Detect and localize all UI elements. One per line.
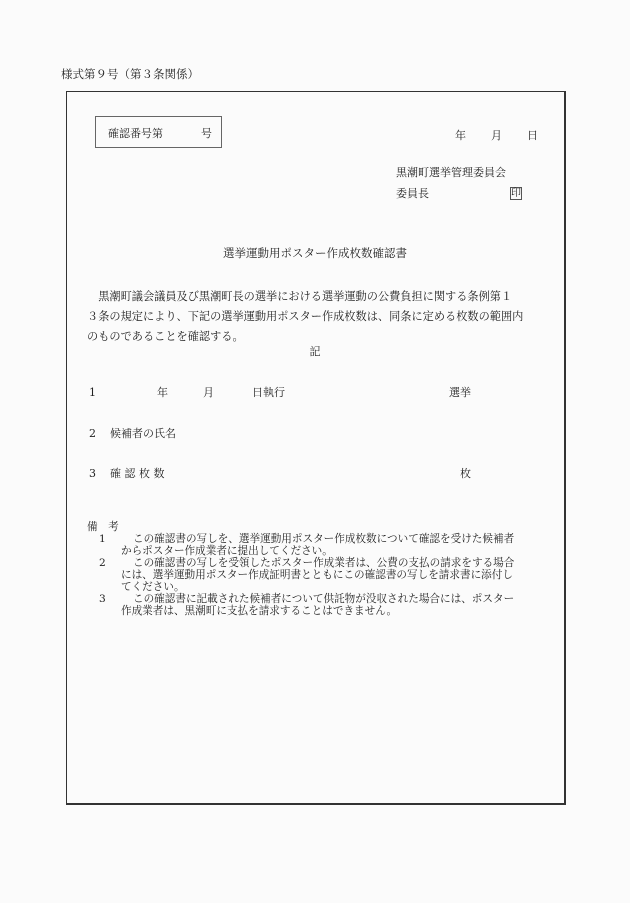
note-line: には、選挙運動用ポスター作成証明書とともにこの確認書の写しを請求書に添付し: [121, 569, 547, 581]
body-line: ３条の規定により、下記の選挙運動用ポスター作成枚数は、同条に定める枚数の範囲内: [87, 307, 547, 327]
issuer-organization: 黒潮町選挙管理委員会: [396, 167, 506, 178]
note-line: からポスター作成業者に提出してください。: [121, 545, 547, 557]
note-line: てください。: [121, 581, 547, 593]
note-number: 1: [87, 533, 121, 557]
ki-heading: 記: [0, 346, 630, 357]
note-line: この確認書に記載された候補者について供託物が没収された場合には、ポスター: [121, 593, 547, 605]
form-label: 様式第９号（第３条関係）: [61, 69, 199, 81]
item-day-exec: 日執行: [252, 387, 285, 398]
item-unit: 枚: [460, 468, 471, 479]
note-line: この確認書の写しを受領したポスター作成業者は、公費の支払の請求をする場合: [121, 557, 547, 569]
note-number: 3: [87, 593, 121, 617]
confirmation-number-box: 確認番号第 号: [95, 116, 222, 148]
item-number: 2: [89, 428, 96, 439]
seal-mark: 印: [510, 187, 522, 200]
body-line: のものであることを確認する。: [87, 327, 547, 347]
note-line: 作成業者は、黒潮町に支払を請求することはできません。: [121, 605, 547, 617]
date-year: 年: [455, 127, 466, 143]
body-paragraph: 黒潮町議会議員及び黒潮町長の選挙における選挙運動の公費負担に関する条例第１ ３条…: [87, 287, 547, 347]
note-item: 1 この確認書の写しを、選挙運動用ポスター作成枚数について確認を受けた候補者 か…: [87, 533, 547, 557]
item-number: 1: [89, 387, 96, 398]
confirmation-number-label: 確認番号第: [108, 128, 163, 139]
confirmation-number-suffix: 号: [201, 128, 212, 139]
item-election: 選挙: [449, 387, 471, 398]
notes-heading: 備 考: [87, 521, 547, 533]
note-item: 3 この確認書に記載された候補者について供託物が没収された場合には、ポスター 作…: [87, 593, 547, 617]
item-year: 年: [157, 387, 168, 398]
body-line: 黒潮町議会議員及び黒潮町長の選挙における選挙運動の公費負担に関する条例第１: [87, 287, 547, 307]
document-frame: [66, 91, 566, 805]
note-number: 2: [87, 557, 121, 593]
date-month: 月: [491, 127, 502, 143]
item-number: 3: [89, 468, 96, 479]
item-label: 確 認 枚 数: [110, 468, 165, 479]
item-month: 月: [203, 387, 214, 398]
item-label: 候補者の氏名: [110, 428, 176, 439]
issuer-title: 委員長: [396, 188, 429, 199]
note-line: この確認書の写しを、選挙運動用ポスター作成枚数について確認を受けた候補者: [121, 533, 547, 545]
document-title: 選挙運動用ポスター作成枚数確認書: [0, 248, 630, 260]
notes-section: 備 考 1 この確認書の写しを、選挙運動用ポスター作成枚数について確認を受けた候…: [87, 521, 547, 617]
date-day: 日: [527, 127, 538, 143]
note-item: 2 この確認書の写しを受領したポスター作成業者は、公費の支払の請求をする場合 に…: [87, 557, 547, 593]
